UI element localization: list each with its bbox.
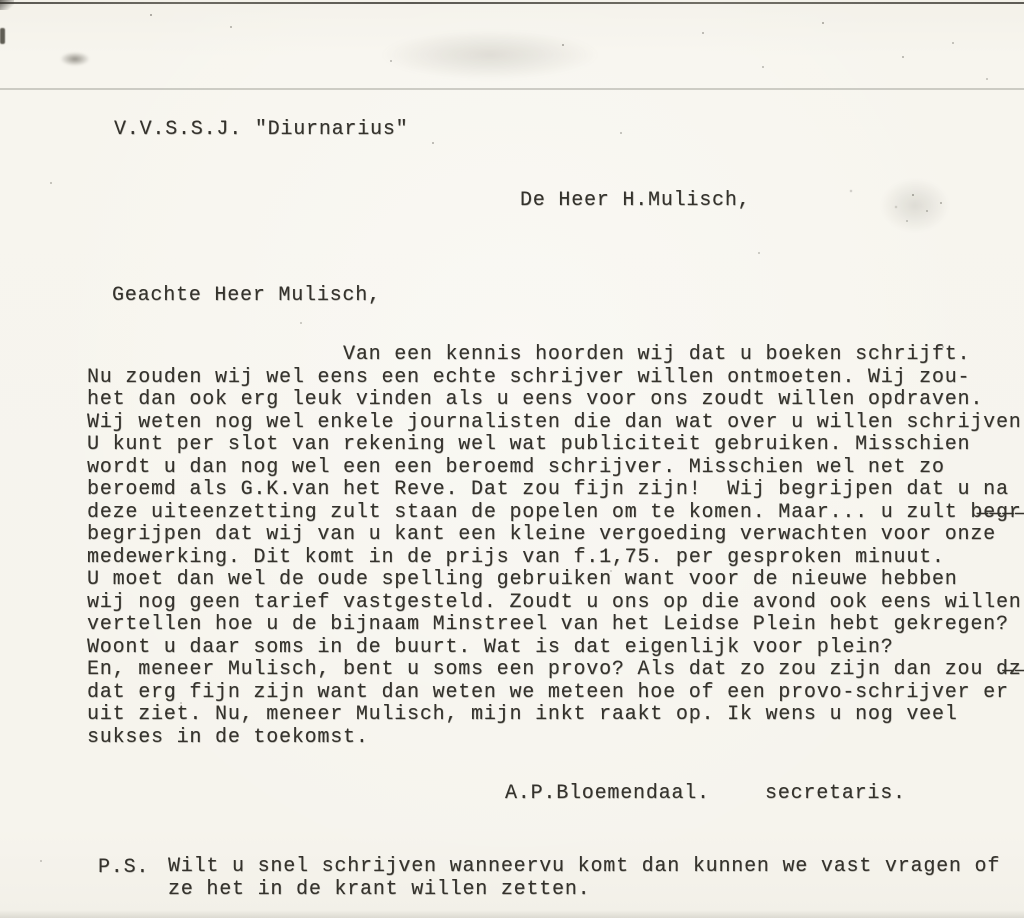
postscript-label: P.S. bbox=[98, 856, 149, 879]
sender-organization: V.V.S.S.J. "Diurnarius" bbox=[114, 118, 408, 141]
postscript-line: ze het in de krant willen zetten. bbox=[168, 879, 1000, 902]
body-line: Wij weten nog wel enkele journalisten di… bbox=[87, 412, 1022, 435]
salutation-line: Geachte Heer Mulisch, bbox=[112, 284, 381, 307]
postscript-line: Wilt u snel schrijven wanneervu komt dan… bbox=[168, 856, 1000, 879]
body-line: beroemd als G.K.van het Reve. Dat zou fi… bbox=[87, 479, 1022, 502]
body-line: U kunt per slot van rekening wel wat pub… bbox=[87, 434, 1022, 457]
body-line: medewerking. Dit komt in de prijs van f.… bbox=[87, 547, 1022, 570]
scan-artifact-smudge bbox=[880, 178, 950, 233]
postscript-lines: Wilt u snel schrijven wanneervu komt dan… bbox=[168, 856, 1000, 901]
body-line: U moet dan wel de oude spelling gebruike… bbox=[87, 569, 1022, 592]
body-line: sukses in de toekomst. bbox=[87, 727, 1022, 750]
body-line: begrijpen dat wij van u kant een kleine … bbox=[87, 524, 1022, 547]
scan-artifact-faint-line bbox=[0, 88, 1024, 90]
scanned-letter-page: V.V.S.S.J. "Diurnarius" De Heer H.Mulisc… bbox=[0, 0, 1024, 918]
body-line: Van een kennis hoorden wij dat u boeken … bbox=[87, 344, 1022, 367]
letter-body: Van een kennis hoorden wij dat u boeken … bbox=[87, 344, 1022, 749]
body-line: wordt u dan nog wel een een beroemd schr… bbox=[87, 457, 1022, 480]
scan-noise-speckles bbox=[150, 14, 152, 16]
scan-artifact-bottom-edge bbox=[0, 910, 1024, 918]
body-line: En, meneer Mulisch, bent u soms een prov… bbox=[87, 659, 1022, 682]
body-line: dat erg fijn zijn want dan weten we mete… bbox=[87, 682, 1022, 705]
scan-artifact-corner-smudge bbox=[0, 0, 14, 10]
body-line: wij nog geen tarief vastgesteld. Zoudt u… bbox=[87, 592, 1022, 615]
body-line: vertellen hoe u de bijnaam Minstreel van… bbox=[87, 614, 1022, 637]
scan-artifact-smudge bbox=[60, 52, 90, 66]
signature-row: A.P.Bloemendaal. secretaris. bbox=[0, 782, 1024, 806]
scan-artifact-smudge bbox=[380, 30, 600, 80]
body-line: Woont u daar soms in de buurt. Wat is da… bbox=[87, 637, 1022, 660]
scan-artifact-top-line bbox=[0, 2, 1024, 4]
body-line: deze uiteenzetting zult staan de popelen… bbox=[87, 502, 1022, 525]
addressee-line: De Heer H.Mulisch, bbox=[520, 189, 750, 212]
signature-title: secretaris. bbox=[765, 782, 906, 805]
body-line: uit ziet. Nu, meneer Mulisch, mijn inkt … bbox=[87, 704, 1022, 727]
signature-name: A.P.Bloemendaal. bbox=[505, 782, 710, 805]
body-line: Nu zouden wij wel eens een echte schrijv… bbox=[87, 367, 1022, 390]
scan-artifact-edge-mark bbox=[0, 28, 5, 44]
body-line: het dan ook erg leuk vinden als u eens v… bbox=[87, 389, 1022, 412]
